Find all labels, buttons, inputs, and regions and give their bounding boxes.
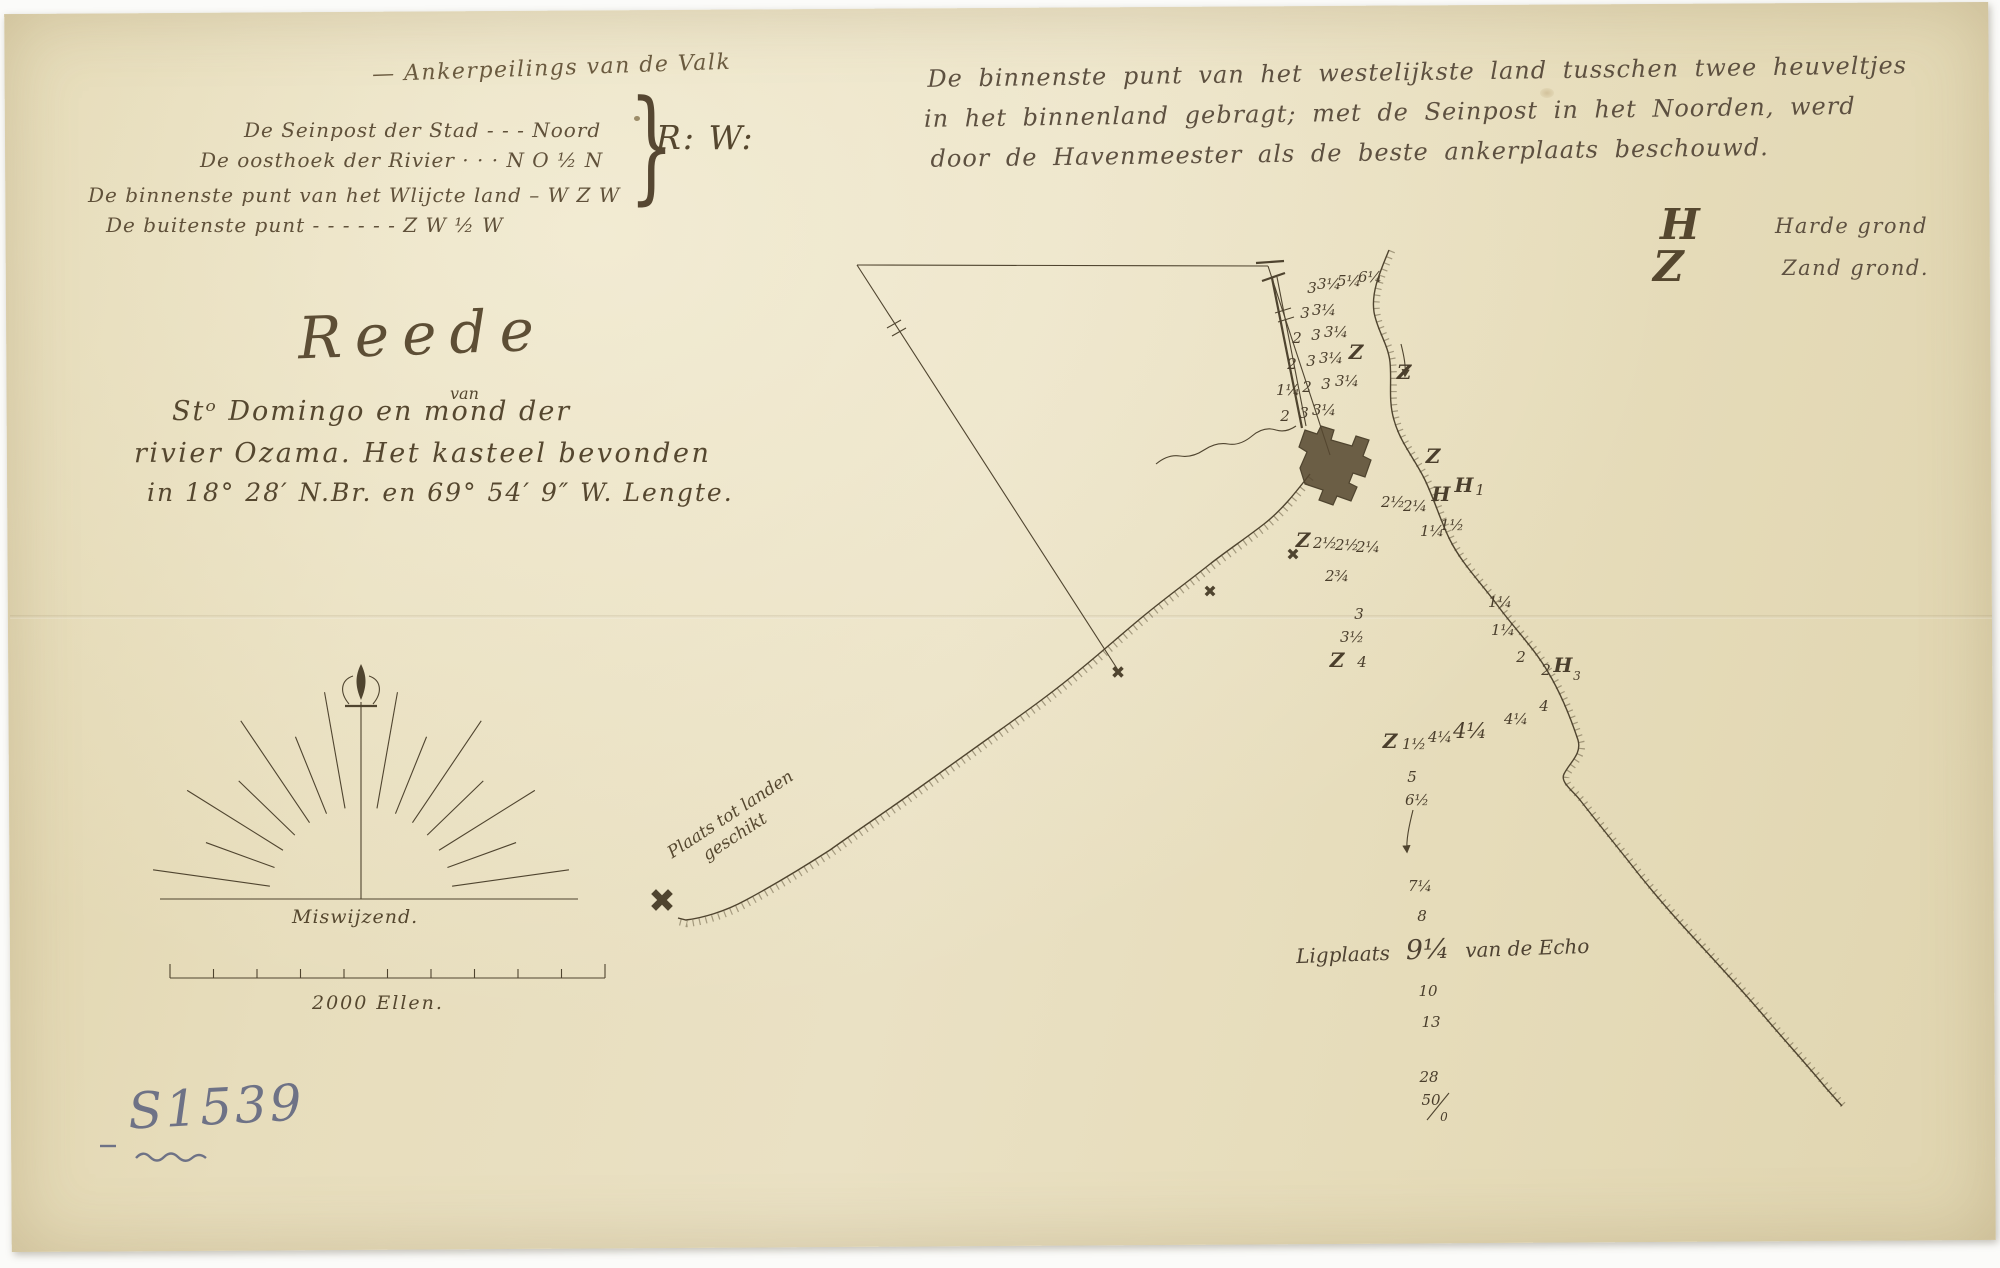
sounding-value: Z bbox=[1397, 360, 1412, 384]
sounding-value: Z bbox=[1296, 528, 1311, 552]
sounding-value: 1 bbox=[1475, 481, 1485, 499]
sounding-value: 3 bbox=[1321, 375, 1331, 393]
sounding-value: Z bbox=[1383, 729, 1398, 753]
sounding-value: 7¼ bbox=[1408, 877, 1432, 895]
sounding-value: 2 bbox=[1302, 378, 1312, 396]
sounding-value: 8 bbox=[1417, 907, 1427, 925]
sounding-value: 3 bbox=[1354, 605, 1364, 623]
sounding-value: 1½ bbox=[1402, 735, 1426, 753]
sounding-value: 50 bbox=[1421, 1091, 1440, 1109]
sounding-value: 3 bbox=[1300, 304, 1310, 322]
sounding-value: 3 bbox=[1307, 279, 1317, 297]
sounding-value: 5 bbox=[1407, 768, 1417, 786]
sounding-value: 1¼ bbox=[1491, 621, 1515, 639]
sounding-value: 4¼ bbox=[1428, 728, 1452, 746]
sounding-value: 3 bbox=[1306, 352, 1316, 370]
sounding-value: 2¼ bbox=[1403, 497, 1427, 515]
sounding-value: 13 bbox=[1421, 1013, 1440, 1031]
sounding-value: 3¼ bbox=[1312, 401, 1336, 419]
sounding-value: 2¼ bbox=[1356, 538, 1380, 556]
sounding-value: 2 bbox=[1287, 355, 1297, 373]
sounding-value: 3 bbox=[1311, 326, 1321, 344]
sounding-value: 1¼ bbox=[1488, 593, 1512, 611]
sounding-value: 28 bbox=[1419, 1068, 1438, 1086]
scanned-map-sheet: — Ankerpeilings van de Valk De Seinpost … bbox=[0, 0, 2000, 1268]
sounding-value: 1¼ bbox=[1276, 381, 1300, 399]
sounding-value: 2 bbox=[1541, 661, 1551, 679]
sounding-value: 3¼ bbox=[1319, 349, 1343, 367]
sounding-value: 6¼ bbox=[1358, 268, 1382, 286]
sounding-value: 4 bbox=[1357, 653, 1367, 671]
sounding-value: 2½ bbox=[1313, 534, 1337, 552]
sounding-value: Z bbox=[1330, 648, 1345, 672]
sounding-value: 2 bbox=[1292, 329, 1302, 347]
sounding-value: 3½ bbox=[1340, 628, 1364, 646]
sounding-value: 4 bbox=[1539, 697, 1549, 715]
sounding-value: 4¼ bbox=[1504, 710, 1528, 728]
sounding-value: 2 bbox=[1280, 407, 1290, 425]
sounding-value: 3¼ bbox=[1324, 323, 1348, 341]
sounding-value: 1½ bbox=[1440, 516, 1464, 534]
sounding-value: 3¼ bbox=[1312, 301, 1336, 319]
sounding-value: 3 bbox=[1573, 669, 1581, 683]
sounding-value: Z bbox=[1426, 444, 1441, 468]
sounding-value: 2¾ bbox=[1325, 567, 1349, 585]
sounding-value: 0 bbox=[1440, 1110, 1448, 1124]
sounding-value: H bbox=[1455, 473, 1474, 497]
sounding-value: 4¼ bbox=[1453, 719, 1487, 743]
sounding-value: 3 bbox=[1299, 404, 1309, 422]
sounding-value: 6½ bbox=[1405, 791, 1429, 809]
sounding-value: Z bbox=[1349, 340, 1364, 364]
sounding-value: 10 bbox=[1418, 982, 1437, 1000]
sounding-value: 2 bbox=[1516, 648, 1526, 666]
sounding-value: H bbox=[1554, 653, 1573, 677]
sounding-value: H bbox=[1432, 482, 1451, 506]
soundings-layer: 33¼5¼6¼33¼233¼233¼Z1¼233¼233¼ZZH2½2¼1¼1½… bbox=[0, 0, 2000, 1268]
sounding-value: 2½ bbox=[1381, 493, 1405, 511]
sounding-value: 3¼ bbox=[1335, 372, 1359, 390]
